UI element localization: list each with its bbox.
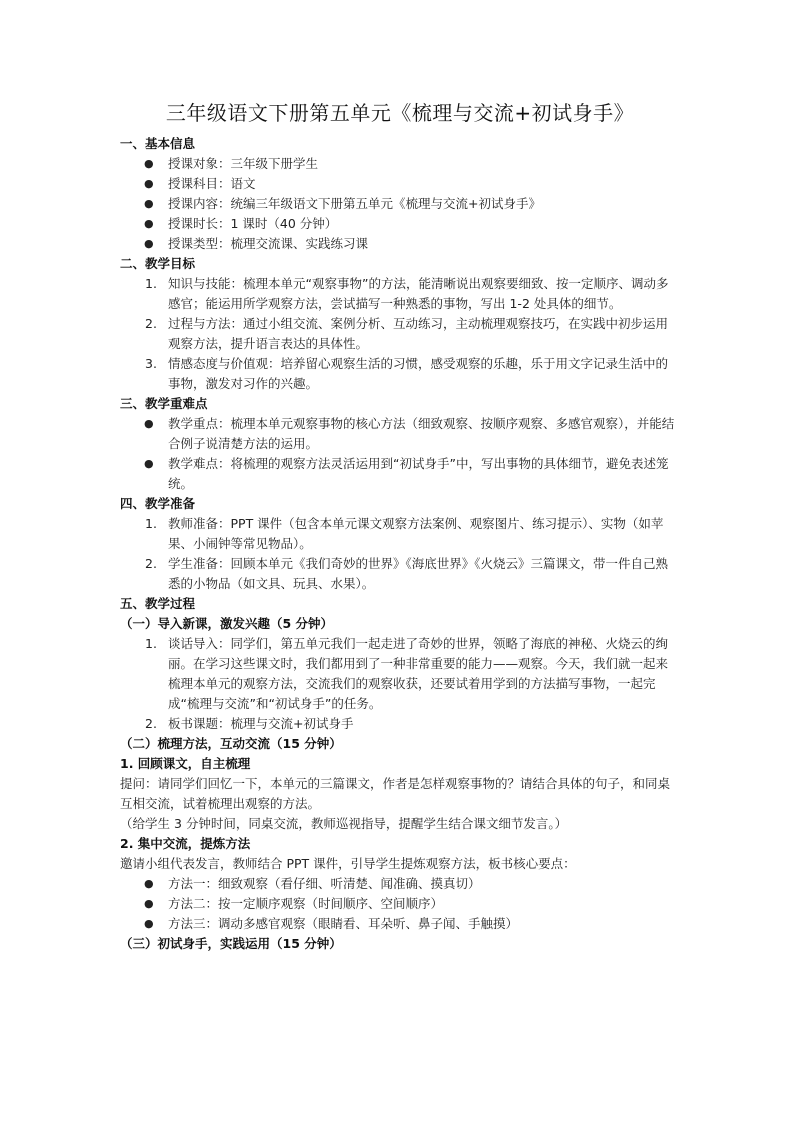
list-item: ●方法二：按一定顺序观察（时间顺序、空间顺序） <box>120 894 680 914</box>
list-item: ●授课时长：1 课时（40 分钟） <box>120 214 680 234</box>
bullet-icon: ● <box>144 154 164 174</box>
intro-steps-list: 1.谈话导入：同学们，第五单元我们一起走进了奇妙的世界，领略了海底的神秘、火烧云… <box>120 634 680 734</box>
list-item: 1.教师准备：PPT 课件（包含本单元课文观察方法案例、观察图片、练习提示）、实… <box>120 514 680 554</box>
list-item: ●授课类型：梳理交流课、实践练习课 <box>120 234 680 254</box>
bullet-icon: ● <box>144 454 164 474</box>
list-item: ●教学难点：将梳理的观察方法灵活运用到“初试身手”中，写出事物的具体细节，避免表… <box>120 454 680 494</box>
basic-info-list: ●授课对象：三年级下册学生 ●授课科目：语文 ●授课内容：统编三年级语文下册第五… <box>120 154 680 254</box>
list-item: ●授课内容：统编三年级语文下册第五单元《梳理与交流+初试身手》 <box>120 194 680 214</box>
subsection-heading-practice: （三）初试身手，实践运用（15 分钟） <box>120 934 680 954</box>
preparation-list: 1.教师准备：PPT 课件（包含本单元课文观察方法案例、观察图片、练习提示）、实… <box>120 514 680 594</box>
bullet-icon: ● <box>144 214 164 234</box>
section-heading-objectives: 二、教学目标 <box>120 254 680 274</box>
list-item: ●方法一：细致观察（看仔细、听清楚、闻准确、摸真切） <box>120 874 680 894</box>
paragraph: （给学生 3 分钟时间，同桌交流，教师巡视指导，提醒学生结合课文细节发言。） <box>120 814 680 834</box>
bullet-icon: ● <box>144 234 164 254</box>
paragraph: 提问：请同学们回忆一下，本单元的三篇课文，作者是怎样观察事物的？请结合具体的句子… <box>120 774 680 814</box>
list-item: ●方法三：调动多感官观察（眼睛看、耳朵听、鼻子闻、手触摸） <box>120 914 680 934</box>
bullet-icon: ● <box>144 194 164 214</box>
step-heading-review: 1. 回顾课文，自主梳理 <box>120 754 680 774</box>
list-item: 3.情感态度与价值观：培养留心观察生活的习惯，感受观察的乐趣，乐于用文字记录生活… <box>120 354 680 394</box>
section-heading-preparation: 四、教学准备 <box>120 494 680 514</box>
list-item: 2.板书课题：梳理与交流+初试身手 <box>120 714 680 734</box>
subsection-heading-methods: （二）梳理方法，互动交流（15 分钟） <box>120 734 680 754</box>
paragraph: 邀请小组代表发言，教师结合 PPT 课件，引导学生提炼观察方法，板书核心要点： <box>120 854 680 874</box>
list-item: 1.谈话导入：同学们，第五单元我们一起走进了奇妙的世界，领略了海底的神秘、火烧云… <box>120 634 680 714</box>
bullet-icon: ● <box>144 874 164 894</box>
section-heading-key-points: 三、教学重难点 <box>120 394 680 414</box>
section-heading-process: 五、教学过程 <box>120 594 680 614</box>
bullet-icon: ● <box>144 914 164 934</box>
document-page: 三年级语文下册第五单元《梳理与交流+初试身手》 一、基本信息 ●授课对象：三年级… <box>120 98 680 954</box>
objectives-list: 1.知识与技能：梳理本单元“观察事物”的方法，能清晰说出观察要细致、按一定顺序、… <box>120 274 680 394</box>
list-item: 1.知识与技能：梳理本单元“观察事物”的方法，能清晰说出观察要细致、按一定顺序、… <box>120 274 680 314</box>
bullet-icon: ● <box>144 414 164 434</box>
subsection-heading-intro: （一）导入新课，激发兴趣（5 分钟） <box>120 614 680 634</box>
list-item: 2.过程与方法：通过小组交流、案例分析、互动练习，主动梳理观察技巧，在实践中初步… <box>120 314 680 354</box>
section-heading-basic-info: 一、基本信息 <box>120 134 680 154</box>
bullet-icon: ● <box>144 894 164 914</box>
step-heading-summarize: 2. 集中交流，提炼方法 <box>120 834 680 854</box>
document-title: 三年级语文下册第五单元《梳理与交流+初试身手》 <box>110 98 690 128</box>
list-item: ●授课对象：三年级下册学生 <box>120 154 680 174</box>
bullet-icon: ● <box>144 174 164 194</box>
list-item: 2.学生准备：回顾本单元《我们奇妙的世界》《海底世界》《火烧云》三篇课文，带一件… <box>120 554 680 594</box>
list-item: ●教学重点：梳理本单元观察事物的核心方法（细致观察、按顺序观察、多感官观察），并… <box>120 414 680 454</box>
list-item: ●授课科目：语文 <box>120 174 680 194</box>
methods-list: ●方法一：细致观察（看仔细、听清楚、闻准确、摸真切） ●方法二：按一定顺序观察（… <box>120 874 680 934</box>
key-points-list: ●教学重点：梳理本单元观察事物的核心方法（细致观察、按顺序观察、多感官观察），并… <box>120 414 680 494</box>
